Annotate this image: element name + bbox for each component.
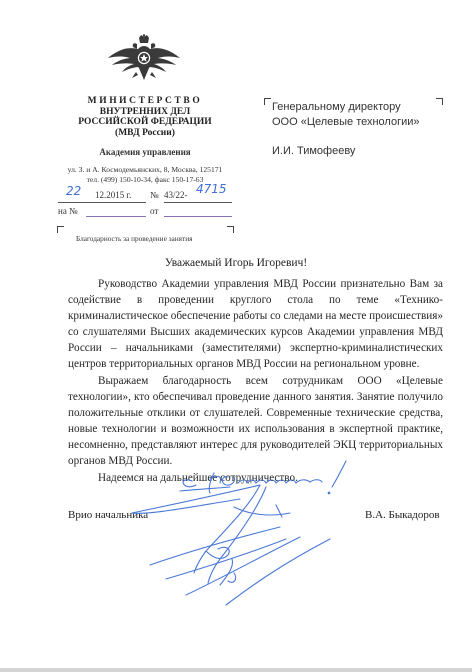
- ministry-line-3: РОССИЙСКОЙ ФЕДЕРАЦИИ: [52, 117, 238, 128]
- letterhead-organization: МИНИСТЕРСТВО ВНУТРЕННИХ ДЕЛ РОССИЙСКОЙ Ф…: [52, 96, 238, 184]
- addressee-bracket-left: [264, 98, 271, 105]
- ministry-line-2: ВНУТРЕННИХ ДЕЛ: [52, 107, 238, 118]
- ministry-line-1: МИНИСТЕРСТВО: [52, 96, 238, 107]
- mvd-emblem-icon: [104, 34, 184, 88]
- letter-subject: Благодарность за проведение занятия: [76, 234, 193, 243]
- number-printed: 43/22-: [164, 190, 188, 200]
- addressee-company: ООО «Целевые технологии»: [272, 115, 420, 130]
- salutation: Уважаемый Игорь Игоревич!: [0, 257, 472, 269]
- addressee-block: Генеральному директору ООО «Целевые техн…: [272, 100, 420, 159]
- address: ул. З. и А. Космодемьянских, 8, Москва, …: [52, 165, 238, 175]
- handwritten-signature-icon: [110, 455, 390, 625]
- from-label: от: [150, 206, 158, 216]
- ministry-line-4: (МВД России): [52, 128, 238, 139]
- reply-to-field: [86, 216, 146, 217]
- number-label: №: [150, 190, 159, 200]
- handwritten-number: 4715: [196, 182, 227, 196]
- from-field: [164, 216, 232, 217]
- handwritten-day: 22: [66, 184, 81, 198]
- addressee-name: И.И. Тимофееву: [272, 144, 420, 159]
- page-bottom-edge: [0, 668, 472, 672]
- addressee-bracket-right: [436, 98, 443, 105]
- number-underline: [164, 202, 232, 203]
- paragraph-1-text: Руководство Академии управления МВД Росс…: [68, 276, 443, 372]
- subject-bracket-left: [57, 226, 64, 233]
- addressee-position: Генеральному директору: [272, 100, 420, 115]
- subject-bracket-right: [227, 226, 234, 233]
- body-paragraph-1: Руководство Академии управления МВД Росс…: [68, 276, 443, 372]
- date-underline: [58, 202, 146, 203]
- reply-to-label: на №: [58, 206, 78, 216]
- letter-page: МИНИСТЕРСТВО ВНУТРЕННИХ ДЕЛ РОССИЙСКОЙ Ф…: [0, 0, 472, 668]
- date-printed: 12.2015 г.: [95, 190, 131, 200]
- department-name: Академия управления: [52, 147, 238, 157]
